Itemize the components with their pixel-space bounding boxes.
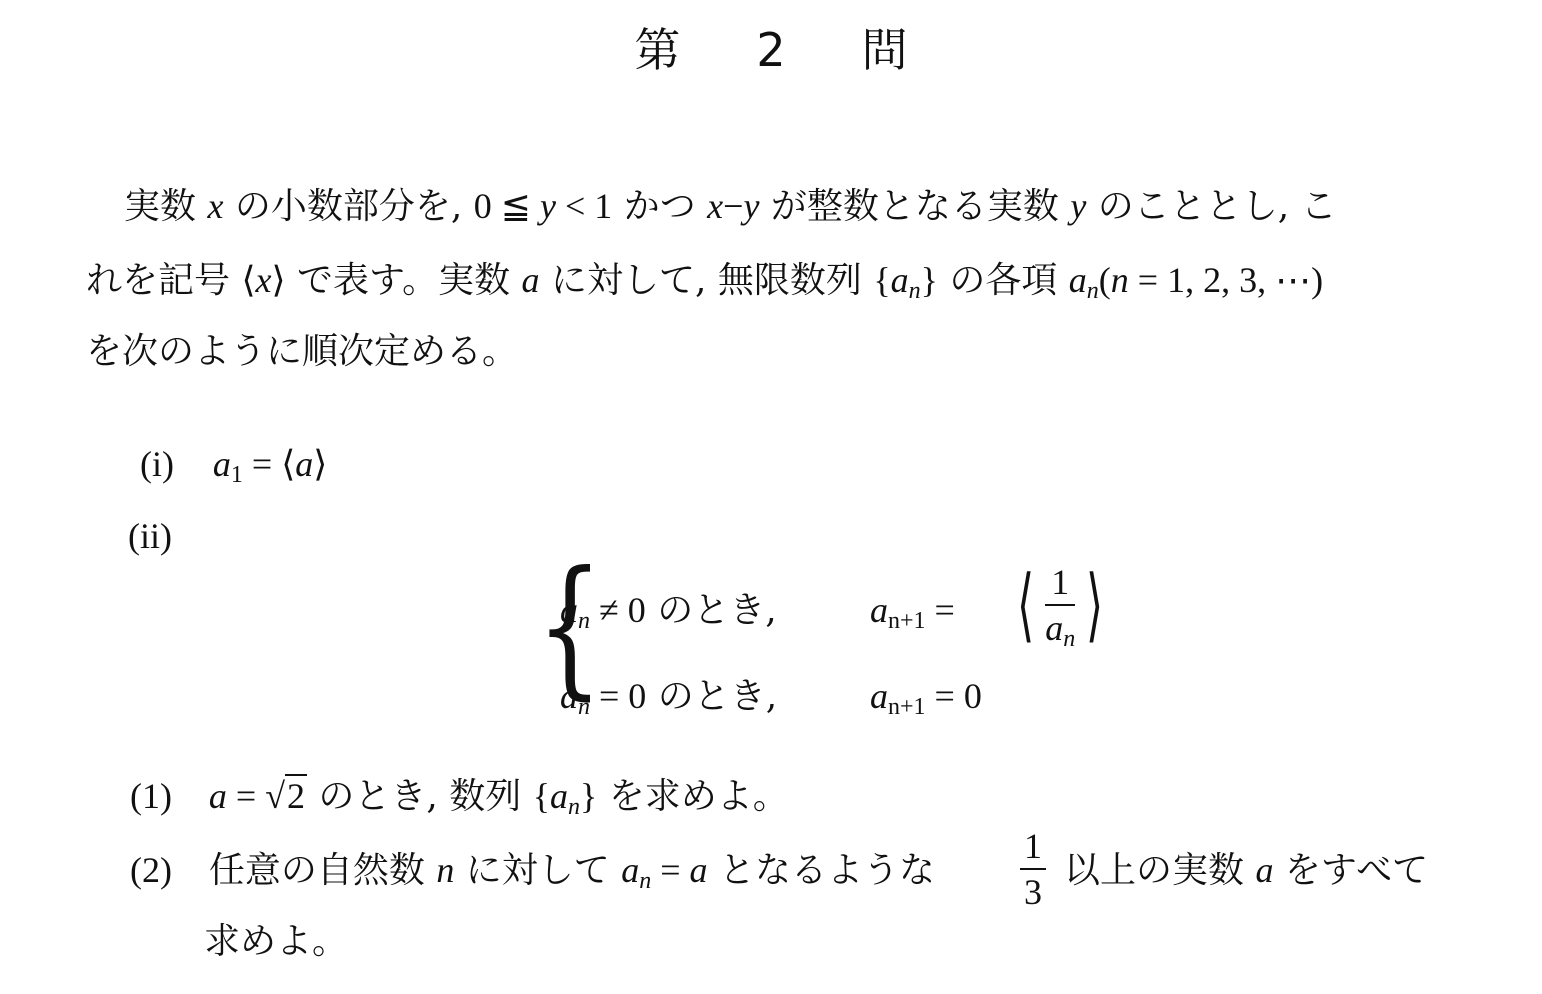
intro-line-1: 実数 x の小数部分を, 0 ≦ y < 1 かつ x−y が整数となる実数 y… bbox=[124, 182, 1337, 231]
question-2-cont: 以上の実数 a をすべて bbox=[1064, 846, 1428, 895]
title-number: 2 bbox=[756, 23, 785, 77]
question-label: (2) bbox=[130, 850, 172, 890]
angle-fraction: ⟨1an⟩ bbox=[1010, 560, 1110, 650]
case-zero: an = 0 のとき, bbox=[560, 672, 777, 721]
intro-line-3: を次のように順次定める。 bbox=[86, 328, 518, 376]
sqrt-symbol: √2 bbox=[265, 772, 307, 820]
rule-label: (ii) bbox=[128, 516, 172, 556]
title-mon: 問 bbox=[862, 14, 908, 80]
rule-i: (i) a1 = ⟨a⟩ bbox=[140, 440, 327, 489]
rule-label: (i) bbox=[140, 444, 174, 484]
intro-line-2: れを記号 ⟨x⟩ で表す。実数 a に対して, 無限数列 {an} の各項 an… bbox=[86, 256, 1323, 305]
rule-ii: (ii) bbox=[128, 512, 172, 561]
title-dai: 第 bbox=[634, 14, 680, 80]
question-label: (1) bbox=[130, 776, 172, 816]
page-title: 第2問 bbox=[0, 14, 1542, 80]
question-2: (2) 任意の自然数 n に対して an = a となるような bbox=[130, 846, 935, 895]
case-nonzero: an ≠ 0 のとき, bbox=[560, 586, 777, 635]
fraction-one-third: 13 bbox=[1020, 824, 1046, 914]
question-1: (1) a = √2 のとき, 数列 {an} を求めよ。 bbox=[130, 772, 789, 821]
case-nonzero-result: an+1 = bbox=[870, 586, 955, 635]
question-2-line-2: 求めよ。 bbox=[204, 918, 348, 966]
case-zero-result: an+1 = 0 bbox=[870, 672, 982, 721]
